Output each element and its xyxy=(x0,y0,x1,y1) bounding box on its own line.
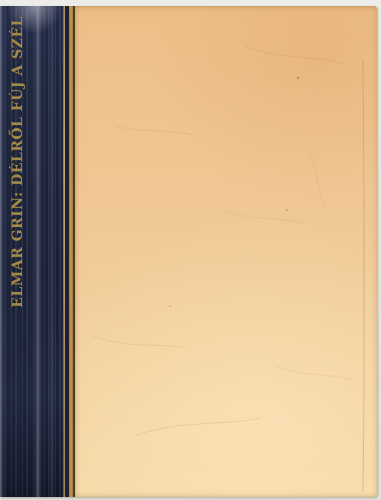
cover-speck xyxy=(297,77,299,79)
spine-crease xyxy=(50,6,54,497)
cover-crease xyxy=(115,126,195,136)
book-photo: ELMAR GRIN: DÉLRŐL FÚJ A SZÉL xyxy=(0,6,377,497)
front-cover xyxy=(75,6,377,497)
cover-speck xyxy=(169,305,171,307)
cover-crease xyxy=(245,46,343,64)
spine-title-text: ELMAR GRIN: DÉLRŐL FÚJ A SZÉL xyxy=(10,16,26,308)
cover-crease xyxy=(363,61,364,491)
spine-crease xyxy=(34,6,42,497)
cover-crease xyxy=(93,336,185,348)
cover-crease xyxy=(305,146,327,211)
cover-crease xyxy=(225,211,305,224)
photo-backdrop: ELMAR GRIN: DÉLRŐL FÚJ A SZÉL xyxy=(0,0,381,500)
cover-crease xyxy=(275,366,355,381)
cover-speck xyxy=(286,209,288,211)
cover-crease xyxy=(135,418,260,436)
spine-title: ELMAR GRIN: DÉLRŐL FÚJ A SZÉL xyxy=(4,42,32,282)
book-spine: ELMAR GRIN: DÉLRŐL FÚJ A SZÉL xyxy=(0,6,64,497)
cover-texture xyxy=(75,6,377,497)
